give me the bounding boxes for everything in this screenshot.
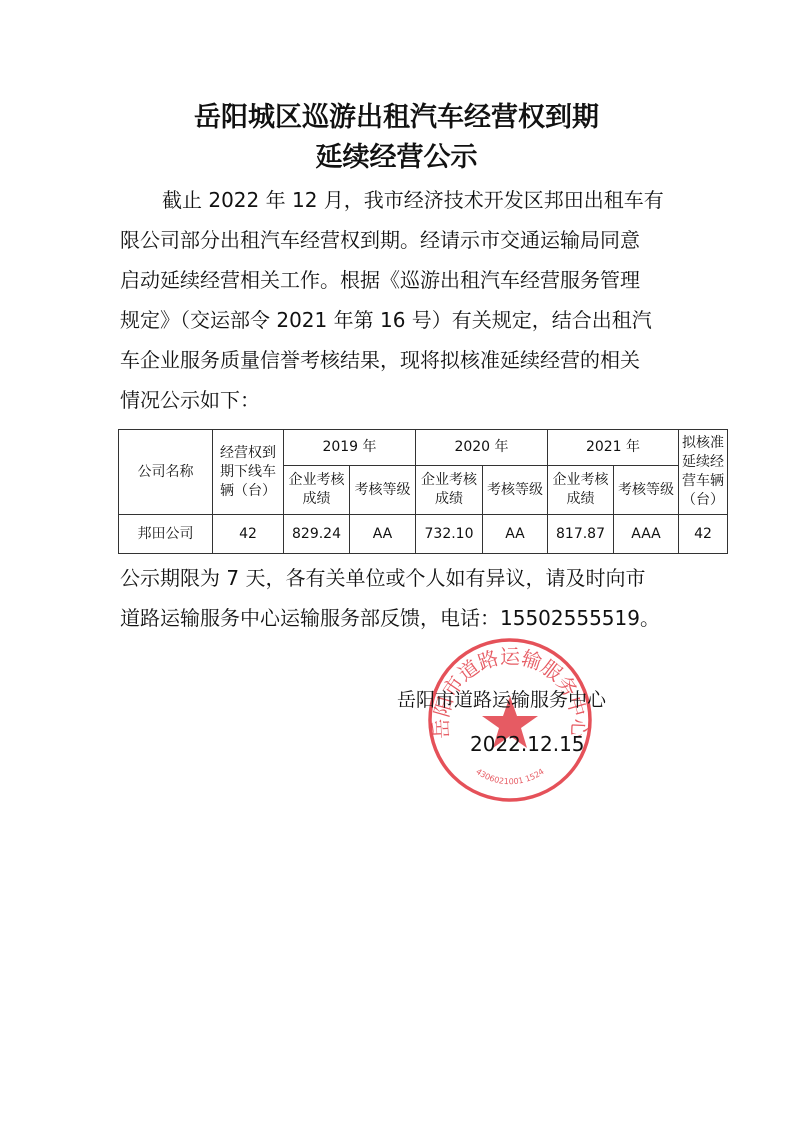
header-score-2020: 企业考核成绩 xyxy=(416,466,483,515)
cell-grade-2021: AAA xyxy=(614,515,679,554)
header-grade-2021: 考核等级 xyxy=(614,466,679,515)
header-grade-2020: 考核等级 xyxy=(483,466,548,515)
official-seal-icon: 岳阳市道路运输服务中心 4306021001 1524 xyxy=(426,636,594,804)
header-expiring-vehicles: 经营权到期下线车辆（台） xyxy=(213,430,284,515)
header-score-2019: 企业考核成绩 xyxy=(284,466,350,515)
header-year-2021: 2021 年 xyxy=(548,430,679,466)
body-line: 规定》（交运部令 2021 年第 16 号）有关规定，结合出租汽 xyxy=(120,300,680,340)
renewal-table: 公司名称 经营权到期下线车辆（台） 2019 年 2020 年 2021 年 拟… xyxy=(118,429,728,554)
document-title-line1: 岳阳城区巡游出租汽车经营权到期 xyxy=(0,98,793,138)
issuer-signature: 岳阳市道路运输服务中心 xyxy=(397,688,606,712)
header-year-2019: 2019 年 xyxy=(284,430,416,466)
cell-approved: 42 xyxy=(679,515,728,554)
header-score-2021: 企业考核成绩 xyxy=(548,466,614,515)
body-line: 截止 2022 年 12 月，我市经济技术开发区邦田出租车有 xyxy=(120,180,680,220)
body-paragraph: 截止 2022 年 12 月，我市经济技术开发区邦田出租车有 限公司部分出租汽车… xyxy=(120,180,680,420)
cell-score-2021: 817.87 xyxy=(548,515,614,554)
footer-line: 道路运输服务中心运输服务部反馈，电话：15502555519。 xyxy=(120,598,700,638)
body-line: 车企业服务质量信誉考核结果，现将拟核准延续经营的相关 xyxy=(120,340,680,380)
body-line: 情况公示如下： xyxy=(120,380,680,420)
document-title-line2: 延续经营公示 xyxy=(0,138,793,178)
header-grade-2019: 考核等级 xyxy=(350,466,416,515)
cell-expiring: 42 xyxy=(213,515,284,554)
footer-paragraph: 公示期限为 7 天，各有关单位或个人如有异议，请及时向市 道路运输服务中心运输服… xyxy=(120,558,700,638)
cell-grade-2020: AA xyxy=(483,515,548,554)
header-company-name: 公司名称 xyxy=(119,430,213,515)
body-line: 启动延续经营相关工作。根据《巡游出租汽车经营服务管理 xyxy=(120,260,680,300)
body-line: 限公司部分出租汽车经营权到期。经请示市交通运输局同意 xyxy=(120,220,680,260)
table-row: 邦田公司 42 829.24 AA 732.10 AA 817.87 AAA 4… xyxy=(119,515,728,554)
cell-grade-2019: AA xyxy=(350,515,416,554)
issue-date: 2022.12.15 xyxy=(470,732,585,756)
header-approved-vehicles: 拟核准延续经营车辆（台） xyxy=(679,430,728,515)
svg-text:4306021001 1524: 4306021001 1524 xyxy=(474,767,546,786)
cell-score-2019: 829.24 xyxy=(284,515,350,554)
footer-line: 公示期限为 7 天，各有关单位或个人如有异议，请及时向市 xyxy=(120,558,700,598)
cell-company: 邦田公司 xyxy=(119,515,213,554)
header-year-2020: 2020 年 xyxy=(416,430,548,466)
cell-score-2020: 732.10 xyxy=(416,515,483,554)
